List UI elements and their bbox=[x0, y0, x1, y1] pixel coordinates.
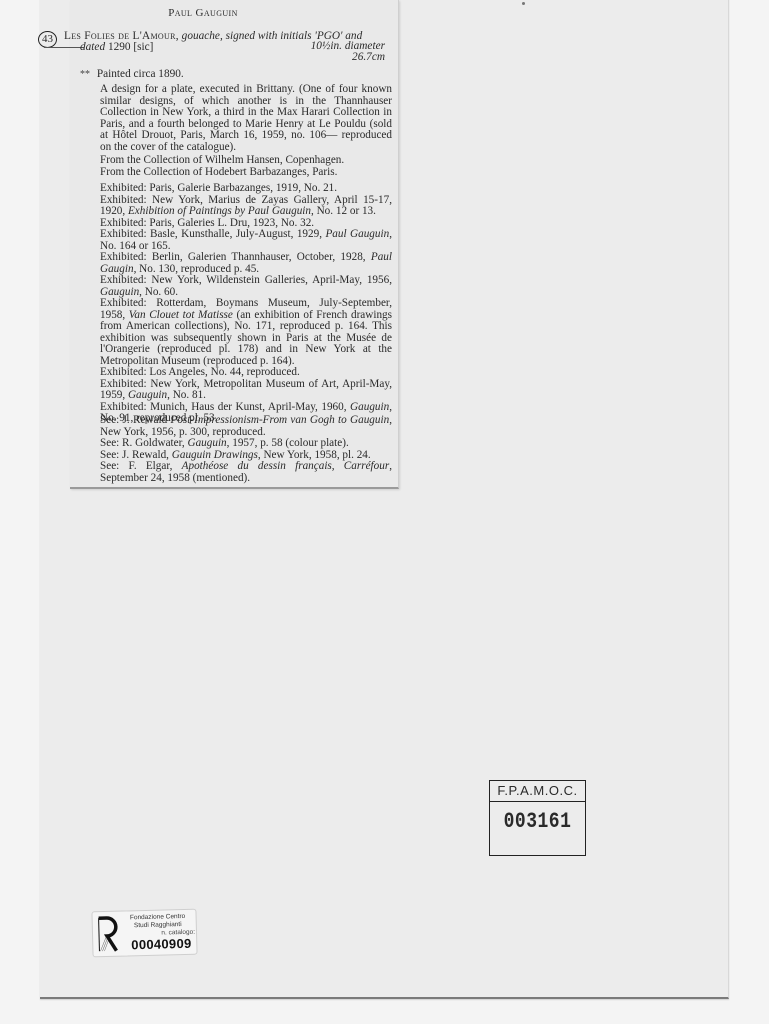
dated-value: 1290 [sic] bbox=[108, 41, 154, 53]
painted-note: ** Painted circa 1890. bbox=[80, 68, 184, 80]
provenance-line: From the Collection of Hodebert Barbazan… bbox=[100, 167, 392, 179]
dimensions-cm: 26.7cm bbox=[280, 52, 385, 63]
fpamoc-inventory-stamp: F.P.A.M.O.C. 003161 bbox=[489, 780, 586, 856]
lot-underline bbox=[44, 47, 84, 48]
exhibition-entry-title: Gauguin bbox=[128, 389, 167, 401]
literature-entry-title: Gauguin bbox=[187, 437, 226, 449]
literature-entry-text: See: F. Elgar, bbox=[100, 460, 182, 472]
literature-section: See: J. Rewald Post-Impressionism-From v… bbox=[100, 415, 392, 484]
label-organization: Fondazione Centro Studi Ragghianti bbox=[123, 913, 193, 931]
exhibition-entry: Exhibited: Berlin, Galerien Thannhauser,… bbox=[100, 252, 392, 275]
literature-entry-text: , New York, 1958, pl. 24. bbox=[258, 449, 371, 461]
exhibition-entry-text: Exhibited: New York, Wildenstein Galleri… bbox=[100, 274, 392, 286]
exhibition-entry-text: , No. 81. bbox=[167, 389, 206, 401]
exhibitions-section: Exhibited: Paris, Galerie Barbazanges, 1… bbox=[100, 183, 392, 425]
literature-entry-title: Apothéose du dessin français, Carréfour bbox=[182, 460, 390, 472]
exhibition-entry: Exhibited: New York, Wildenstein Galleri… bbox=[100, 275, 392, 298]
literature-entry: See: J. Rewald Post-Impressionism-From v… bbox=[100, 415, 392, 438]
label-catalog-number: 00040909 bbox=[131, 936, 192, 953]
dated-line: dated 1290 [sic] bbox=[80, 41, 153, 53]
painted-text: Painted circa 1890. bbox=[97, 68, 184, 80]
provenance-line: From the Collection of Wilhelm Hansen, C… bbox=[100, 155, 392, 167]
literature-entry: See: F. Elgar, Apothéose du dessin franç… bbox=[100, 461, 392, 484]
exhibition-entry-text: , No. 130, reproduced p. 45. bbox=[134, 263, 260, 275]
description-text: A design for a plate, executed in Britta… bbox=[100, 84, 392, 153]
asterism-icon: ** bbox=[80, 69, 90, 80]
exhibition-entry-text: Exhibited: Paris, Galeries L. Dru, 1923,… bbox=[100, 217, 314, 229]
literature-entry-text: , 1957, p. 58 (colour plate). bbox=[227, 437, 349, 449]
dust-speck bbox=[522, 2, 525, 5]
exhibition-entry-text: Exhibited: Munich, Haus der Kunst, April… bbox=[100, 401, 350, 413]
dimensions: 10½in. diameter 26.7cm bbox=[280, 41, 385, 63]
literature-entry-text: See: R. Goldwater, bbox=[100, 437, 187, 449]
exhibition-entry: Exhibited: New York, Metropolitan Museum… bbox=[100, 379, 392, 402]
exhibition-entry-text: , No. 60. bbox=[139, 286, 178, 298]
exhibition-entry-text: Exhibited: Paris, Galerie Barbazanges, 1… bbox=[100, 182, 337, 194]
literature-entry-title: Post-Impressionism-From van Gogh to Gaug… bbox=[170, 414, 389, 426]
stamp-number: 003161 bbox=[490, 797, 585, 847]
dated-label: dated bbox=[80, 41, 105, 53]
author-heading: Paul Gauguin bbox=[103, 7, 303, 19]
exhibition-entry-title: Gauguin bbox=[100, 286, 139, 298]
ragghianti-r-logo-icon bbox=[97, 915, 120, 954]
catalog-label-sticker: Fondazione Centro Studi Ragghianti n. ca… bbox=[91, 909, 197, 958]
exhibition-entry: Exhibited: Basle, Kunsthalle, July-Augus… bbox=[100, 229, 392, 252]
exhibition-entry-title: Gauguin bbox=[350, 401, 389, 413]
literature-entry-title: Gauguin Drawings bbox=[172, 449, 258, 461]
exhibition-entry-text: , No. 12 or 13. bbox=[311, 205, 376, 217]
exhibition-entry-title: Paul Gauguin bbox=[325, 228, 389, 240]
exhibition-entry: Exhibited: Rotterdam, Boymans Museum, Ju… bbox=[100, 298, 392, 367]
exhibition-entry-title: Van Clouet tot Matisse bbox=[129, 309, 233, 321]
description-paragraph: A design for a plate, executed in Britta… bbox=[100, 84, 392, 153]
exhibition-entry-title: Exhibition of Paintings by Paul Gauguin bbox=[128, 205, 311, 217]
exhibition-entry-text: Exhibited: Basle, Kunsthalle, July-Augus… bbox=[100, 228, 325, 240]
provenance-section: From the Collection of Wilhelm Hansen, C… bbox=[100, 155, 392, 178]
literature-entry-text: See: J. Rewald, bbox=[100, 449, 172, 461]
literature-entry-text: See: J. Rewald bbox=[100, 414, 170, 426]
exhibition-entry-text: Exhibited: Berlin, Galerien Thannhauser,… bbox=[100, 251, 371, 263]
lot-number-circle: 43 bbox=[38, 31, 57, 48]
exhibition-entry: Exhibited: New York, Marius de Zayas Gal… bbox=[100, 195, 392, 218]
exhibition-entry-text: Exhibited: Los Angeles, No. 44, reproduc… bbox=[100, 366, 300, 378]
